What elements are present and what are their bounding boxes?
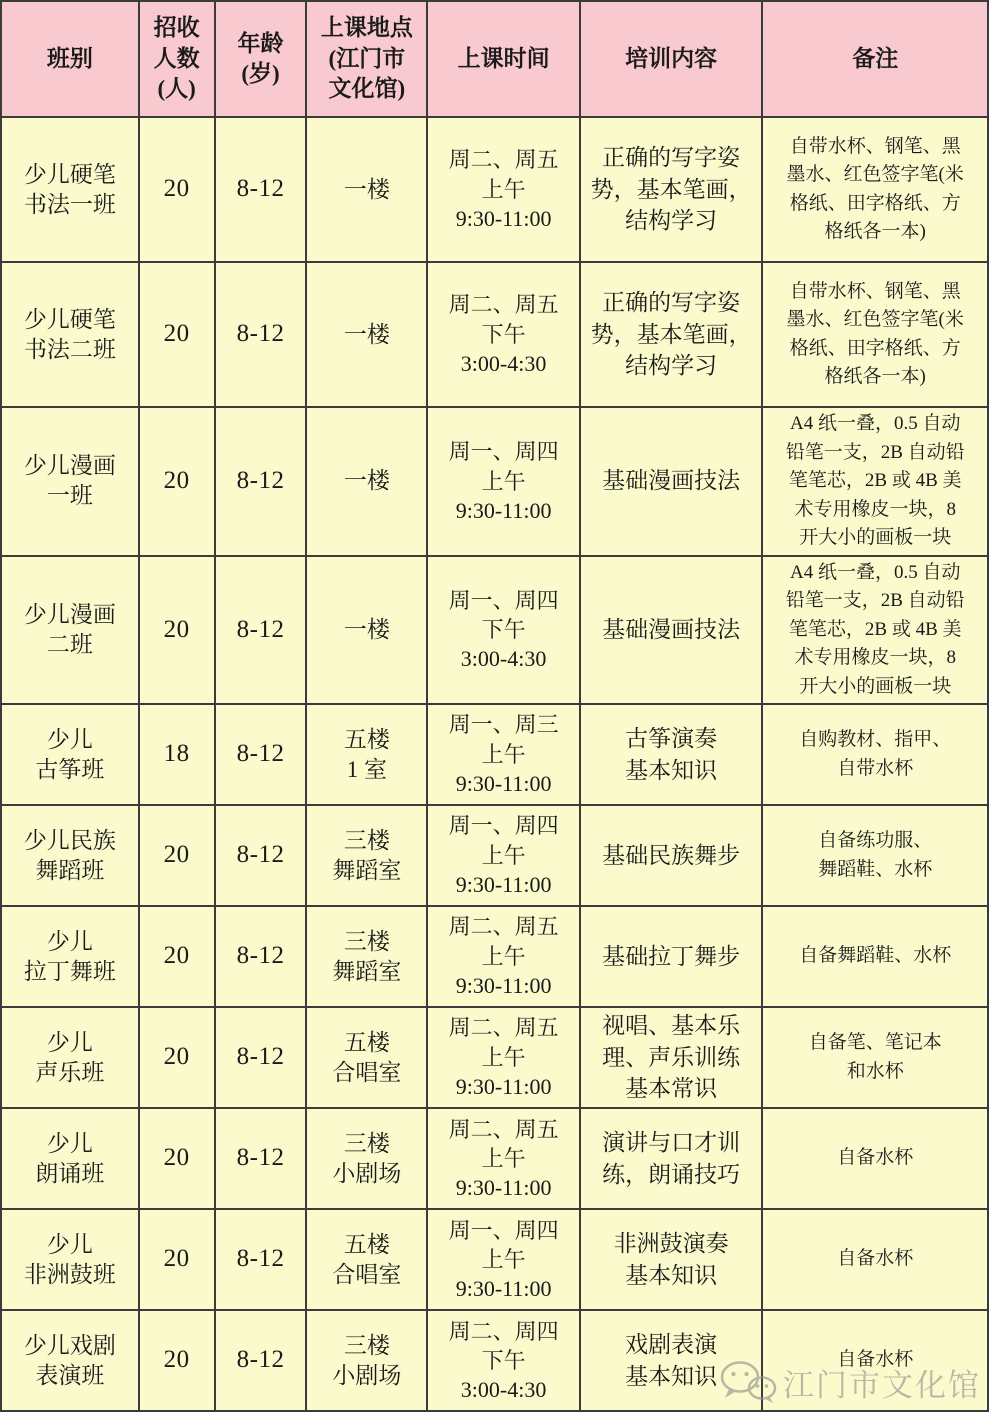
table-row: 少儿民族 舞蹈班 20 8-12 三楼 舞蹈室 周一、周四 上午 9:30-11… (1, 805, 988, 906)
cell-class-name: 少儿硬笔 书法一班 (1, 117, 139, 262)
cell-content: 基础漫画技法 (580, 556, 763, 705)
cell-enrollment: 20 (139, 262, 215, 407)
table-row: 少儿漫画 一班 20 8-12 一楼 周一、周四 上午 9:30-11:00 基… (1, 407, 988, 556)
cell-content: 基础民族舞步 (580, 805, 763, 906)
cell-time: 周一、周三 上午 9:30-11:00 (427, 704, 579, 805)
cell-time: 周二、周五 上午 9:30-11:00 (427, 1108, 579, 1209)
cell-age: 8-12 (215, 1310, 307, 1411)
cell-enrollment: 18 (139, 704, 215, 805)
cell-location: 五楼 合唱室 (306, 1007, 427, 1108)
cell-content: 非洲鼓演奏 基本知识 (580, 1209, 763, 1310)
cell-time: 周一、周四 上午 9:30-11:00 (427, 1209, 579, 1310)
cell-content: 基础拉丁舞步 (580, 906, 763, 1007)
cell-location: 五楼 合唱室 (306, 1209, 427, 1310)
header-age: 年龄 (岁) (215, 1, 307, 117)
cell-class-name: 少儿 声乐班 (1, 1007, 139, 1108)
cell-location: 一楼 (306, 117, 427, 262)
cell-location: 三楼 小剧场 (306, 1310, 427, 1411)
cell-enrollment: 20 (139, 117, 215, 262)
cell-class-name: 少儿 朗诵班 (1, 1108, 139, 1209)
cell-time: 周一、周四 上午 9:30-11:00 (427, 407, 579, 556)
cell-remarks: 自备水杯 (762, 1310, 988, 1411)
table-row: 少儿 朗诵班 20 8-12 三楼 小剧场 周二、周五 上午 9:30-11:0… (1, 1108, 988, 1209)
cell-remarks: 自备舞蹈鞋、水杯 (762, 906, 988, 1007)
cell-content: 戏剧表演 基本知识 (580, 1310, 763, 1411)
cell-time: 周二、周五 上午 9:30-11:00 (427, 906, 579, 1007)
header-content: 培训内容 (580, 1, 763, 117)
table-row: 少儿硬笔 书法二班 20 8-12 一楼 周二、周五 下午 3:00-4:30 … (1, 262, 988, 407)
header-remarks: 备注 (762, 1, 988, 117)
cell-location: 一楼 (306, 407, 427, 556)
cell-class-name: 少儿 古筝班 (1, 704, 139, 805)
cell-content: 演讲与口才训 练，朗诵技巧 (580, 1108, 763, 1209)
cell-location: 三楼 小剧场 (306, 1108, 427, 1209)
cell-enrollment: 20 (139, 556, 215, 705)
cell-enrollment: 20 (139, 407, 215, 556)
cell-age: 8-12 (215, 1108, 307, 1209)
table-row: 少儿 声乐班 20 8-12 五楼 合唱室 周二、周五 上午 9:30-11:0… (1, 1007, 988, 1108)
cell-enrollment: 20 (139, 1108, 215, 1209)
cell-remarks: 自备水杯 (762, 1108, 988, 1209)
cell-class-name: 少儿漫画 一班 (1, 407, 139, 556)
cell-content: 基础漫画技法 (580, 407, 763, 556)
cell-remarks: A4 纸一叠，0.5 自动 铅笔一支，2B 自动铅 笔笔芯，2B 或 4B 美 … (762, 407, 988, 556)
cell-age: 8-12 (215, 407, 307, 556)
cell-content: 正确的写字姿 势，基本笔画， 结构学习 (580, 262, 763, 407)
cell-remarks: 自带水杯、钢笔、黑 墨水、红色签字笔(米 格纸、田字格纸、方 格纸各一本) (762, 117, 988, 262)
table-row: 少儿 非洲鼓班 20 8-12 五楼 合唱室 周一、周四 上午 9:30-11:… (1, 1209, 988, 1310)
cell-age: 8-12 (215, 262, 307, 407)
cell-age: 8-12 (215, 704, 307, 805)
cell-location: 一楼 (306, 556, 427, 705)
table-row: 少儿 拉丁舞班 20 8-12 三楼 舞蹈室 周二、周五 上午 9:30-11:… (1, 906, 988, 1007)
cell-remarks: 自备水杯 (762, 1209, 988, 1310)
cell-remarks: 自购教材、指甲、 自带水杯 (762, 704, 988, 805)
cell-age: 8-12 (215, 1007, 307, 1108)
cell-age: 8-12 (215, 906, 307, 1007)
cell-time: 周二、周五 上午 9:30-11:00 (427, 117, 579, 262)
table-body: 少儿硬笔 书法一班 20 8-12 一楼 周二、周五 上午 9:30-11:00… (1, 117, 988, 1411)
header-row: 班别 招收 人数 (人) 年龄 (岁) 上课地点 (江门市 文化馆) 上课时间 … (1, 1, 988, 117)
cell-enrollment: 20 (139, 1209, 215, 1310)
header-enrollment: 招收 人数 (人) (139, 1, 215, 117)
cell-time: 周二、周五 上午 9:30-11:00 (427, 1007, 579, 1108)
cell-class-name: 少儿硬笔 书法二班 (1, 262, 139, 407)
class-schedule-table: 班别 招收 人数 (人) 年龄 (岁) 上课地点 (江门市 文化馆) 上课时间 … (0, 0, 989, 1412)
table-row: 少儿漫画 二班 20 8-12 一楼 周一、周四 下午 3:00-4:30 基础… (1, 556, 988, 705)
header-location: 上课地点 (江门市 文化馆) (306, 1, 427, 117)
cell-content: 正确的写字姿 势，基本笔画， 结构学习 (580, 117, 763, 262)
cell-enrollment: 20 (139, 1310, 215, 1411)
cell-remarks: 自备练功服、 舞蹈鞋、水杯 (762, 805, 988, 906)
cell-location: 三楼 舞蹈室 (306, 906, 427, 1007)
cell-remarks: 自带水杯、钢笔、黑 墨水、红色签字笔(米 格纸、田字格纸、方 格纸各一本) (762, 262, 988, 407)
table-row: 少儿硬笔 书法一班 20 8-12 一楼 周二、周五 上午 9:30-11:00… (1, 117, 988, 262)
cell-age: 8-12 (215, 805, 307, 906)
cell-remarks: 自备笔、笔记本 和水杯 (762, 1007, 988, 1108)
table-row: 少儿 古筝班 18 8-12 五楼 1 室 周一、周三 上午 9:30-11:0… (1, 704, 988, 805)
cell-remarks: A4 纸一叠，0.5 自动 铅笔一支，2B 自动铅 笔笔芯，2B 或 4B 美 … (762, 556, 988, 705)
cell-time: 周一、周四 上午 9:30-11:00 (427, 805, 579, 906)
cell-class-name: 少儿 拉丁舞班 (1, 906, 139, 1007)
cell-location: 一楼 (306, 262, 427, 407)
table-header: 班别 招收 人数 (人) 年龄 (岁) 上课地点 (江门市 文化馆) 上课时间 … (1, 1, 988, 117)
cell-class-name: 少儿 非洲鼓班 (1, 1209, 139, 1310)
cell-age: 8-12 (215, 1209, 307, 1310)
cell-enrollment: 20 (139, 1007, 215, 1108)
header-time: 上课时间 (427, 1, 579, 117)
cell-location: 五楼 1 室 (306, 704, 427, 805)
cell-content: 视唱、基本乐 理、声乐训练 基本常识 (580, 1007, 763, 1108)
cell-time: 周一、周四 下午 3:00-4:30 (427, 556, 579, 705)
cell-time: 周二、周五 下午 3:00-4:30 (427, 262, 579, 407)
cell-content: 古筝演奏 基本知识 (580, 704, 763, 805)
cell-time: 周二、周四 下午 3:00-4:30 (427, 1310, 579, 1411)
cell-age: 8-12 (215, 556, 307, 705)
cell-age: 8-12 (215, 117, 307, 262)
cell-class-name: 少儿漫画 二班 (1, 556, 139, 705)
header-class-name: 班别 (1, 1, 139, 117)
table-row: 少儿戏剧 表演班 20 8-12 三楼 小剧场 周二、周四 下午 3:00-4:… (1, 1310, 988, 1411)
cell-enrollment: 20 (139, 805, 215, 906)
cell-class-name: 少儿戏剧 表演班 (1, 1310, 139, 1411)
cell-enrollment: 20 (139, 906, 215, 1007)
cell-class-name: 少儿民族 舞蹈班 (1, 805, 139, 906)
cell-location: 三楼 舞蹈室 (306, 805, 427, 906)
